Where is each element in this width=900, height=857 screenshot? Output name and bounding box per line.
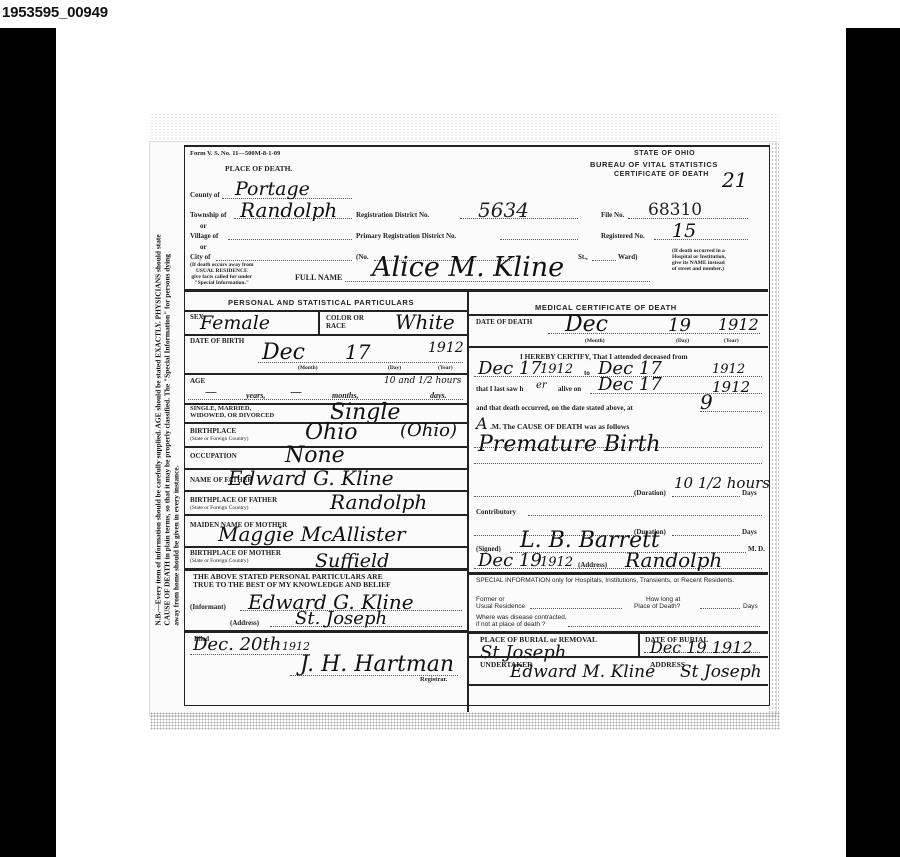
rule bbox=[469, 656, 768, 658]
ward-line bbox=[592, 260, 616, 261]
registrar-signature[interactable]: J. H. Hartman bbox=[300, 652, 454, 677]
how-long-line bbox=[700, 608, 740, 609]
state-label: STATE OF OHIO bbox=[634, 150, 695, 157]
cause-line-2 bbox=[474, 463, 762, 464]
rule bbox=[638, 632, 640, 656]
rule bbox=[185, 373, 467, 375]
cause-value[interactable]: Premature Birth bbox=[478, 432, 661, 457]
rule bbox=[185, 630, 467, 633]
contracted-line bbox=[568, 626, 760, 627]
county-value[interactable]: Portage bbox=[235, 178, 310, 200]
age-years[interactable]: — bbox=[205, 385, 217, 399]
birthplace-value[interactable]: Ohio bbox=[305, 420, 358, 445]
age-months[interactable]: — bbox=[290, 385, 302, 399]
race-value[interactable]: White bbox=[395, 310, 455, 334]
days-label-2: Days bbox=[742, 529, 757, 535]
occupation-value[interactable]: None bbox=[285, 443, 345, 468]
birthplace-label: BIRTHPLACE bbox=[190, 427, 236, 435]
alive-on-label: alive on bbox=[558, 386, 581, 392]
ward-label: Ward) bbox=[618, 253, 637, 261]
attended-from[interactable]: Dec 17 bbox=[478, 358, 542, 379]
undertaker-value[interactable]: Edward M. Kline bbox=[510, 662, 655, 682]
days-caption: days. bbox=[430, 393, 447, 399]
scan-border-right bbox=[846, 28, 900, 857]
father-birthplace-label: BIRTHPLACE OF FATHER bbox=[190, 496, 277, 504]
father-value[interactable]: Edward G. Kline bbox=[228, 466, 394, 490]
rule bbox=[185, 334, 467, 336]
rule bbox=[185, 568, 467, 571]
how-long-label: How long at Place of Death? bbox=[634, 596, 680, 610]
physician-address[interactable]: Randolph bbox=[625, 548, 722, 572]
full-name-label: FULL NAME bbox=[295, 273, 342, 282]
age-line bbox=[188, 399, 463, 400]
attended-from-year[interactable]: 1912 bbox=[540, 362, 573, 377]
residence-note: (If death occurs away from USUAL RESIDEN… bbox=[190, 262, 253, 286]
contributory-label: Contributory bbox=[476, 509, 516, 515]
days-label: Days bbox=[742, 490, 757, 496]
cause-line-3 bbox=[474, 496, 634, 497]
father-birthplace-value[interactable]: Randolph bbox=[330, 490, 427, 514]
day-caption: (Day) bbox=[388, 365, 401, 371]
reg-district-label: Registration District No. bbox=[356, 211, 429, 219]
death-time[interactable]: 9 bbox=[700, 390, 713, 414]
county-label: County of bbox=[190, 191, 220, 199]
contracted-label: Where was disease contracted, if not at … bbox=[476, 614, 567, 628]
medical-heading: MEDICAL CERTIFICATE OF DEATH bbox=[535, 303, 677, 312]
or-label-1: or bbox=[200, 223, 207, 229]
registered-no-label: Registered No. bbox=[601, 232, 645, 240]
month-caption: (Month) bbox=[298, 365, 318, 371]
rule bbox=[469, 572, 768, 575]
attended-to-year[interactable]: 1912 bbox=[712, 362, 745, 377]
months-caption: months, bbox=[332, 393, 358, 399]
column-divider bbox=[467, 292, 469, 712]
undertaker-address-value[interactable]: St Joseph bbox=[680, 662, 762, 682]
dod-year-caption: (Year) bbox=[724, 338, 739, 344]
occupation-label: OCCUPATION bbox=[190, 452, 237, 460]
or-label-2: or bbox=[200, 244, 207, 250]
dob-month[interactable]: Dec bbox=[262, 340, 305, 365]
dob-year[interactable]: 1912 bbox=[428, 340, 464, 356]
registered-no-value[interactable]: 15 bbox=[672, 220, 696, 242]
birthplace-sub: (State or Foreign Country) bbox=[190, 436, 249, 442]
bureau-label: BUREAU OF VITAL STATISTICS bbox=[590, 160, 718, 169]
file-no-label: File No. bbox=[601, 211, 624, 219]
personal-heading: PERSONAL AND STATISTICAL PARTICULARS bbox=[228, 298, 414, 307]
dod-label: DATE OF DEATH bbox=[476, 318, 532, 326]
rule bbox=[469, 631, 768, 634]
rule bbox=[185, 514, 467, 516]
rule bbox=[318, 310, 320, 334]
age-label: AGE bbox=[190, 377, 205, 385]
sex-value[interactable]: Female bbox=[200, 312, 270, 334]
full-name-value[interactable]: Alice M. Kline bbox=[372, 252, 564, 283]
mother-birthplace-sub: (State or Foreign Country) bbox=[190, 558, 249, 564]
mother-value[interactable]: Maggie McAllister bbox=[218, 522, 406, 546]
year-caption: (Year) bbox=[438, 365, 453, 371]
dod-day-caption: (Day) bbox=[676, 338, 689, 344]
address-label: (Address) bbox=[230, 620, 259, 626]
birthplace-note: (Ohio) bbox=[400, 420, 457, 441]
paper-grain-top bbox=[150, 113, 780, 143]
margin-note-text: N.B.—Every item of information should be… bbox=[154, 234, 181, 625]
registered-no-line bbox=[654, 239, 748, 240]
rule bbox=[185, 546, 467, 548]
dod-year[interactable]: 1912 bbox=[718, 315, 759, 334]
registrar-label: Registrar. bbox=[420, 677, 447, 683]
city-line bbox=[216, 260, 352, 261]
burial-date-value[interactable]: Dec 19 1912 bbox=[650, 638, 753, 657]
duration-label: (Duration) bbox=[634, 490, 666, 496]
years-caption: years, bbox=[246, 393, 265, 399]
dob-day[interactable]: 17 bbox=[345, 340, 370, 364]
age-days[interactable]: 10 and 1/2 hours bbox=[384, 376, 461, 386]
city-label: City of bbox=[190, 253, 210, 261]
primary-reg-label: Primary Registration District No. bbox=[356, 232, 456, 240]
primary-reg-line bbox=[500, 239, 578, 240]
paper-grain-bottom bbox=[150, 712, 780, 730]
mother-birthplace-label: BIRTHPLACE OF MOTHER bbox=[190, 549, 281, 557]
rule bbox=[469, 346, 768, 348]
dod-day[interactable]: 19 bbox=[668, 315, 691, 336]
certificate-title: CERTIFICATE OF DEATH bbox=[614, 171, 709, 178]
document-id: 1953595_00949 bbox=[2, 4, 108, 21]
township-label: Township of bbox=[190, 211, 227, 219]
header-divider bbox=[185, 289, 768, 292]
scan-border-left bbox=[0, 28, 56, 857]
race-label: COLOR OR RACE bbox=[326, 314, 364, 330]
village-line bbox=[228, 239, 352, 240]
dod-month-caption: (Month) bbox=[585, 338, 605, 344]
township-value[interactable]: Randolph bbox=[240, 198, 337, 222]
marital-label: SINGLE, MARRIED, WIDOWED, OR DIVORCED bbox=[190, 405, 274, 419]
md-label: M. D. bbox=[748, 546, 765, 552]
file-no-value[interactable]: 68310 bbox=[648, 200, 702, 220]
informant-label: (Informant) bbox=[190, 604, 226, 610]
dod-month[interactable]: Dec bbox=[565, 312, 608, 337]
hospital-note: (If death occurred in a Hospital or Inst… bbox=[672, 248, 726, 272]
last-saw-date[interactable]: Dec 17 bbox=[598, 374, 662, 395]
last-saw-text: that I last saw h bbox=[476, 386, 523, 392]
dob-label: DATE OF BIRTH bbox=[190, 337, 244, 345]
signed-year[interactable]: 1912 bbox=[540, 555, 573, 570]
contributory-line bbox=[528, 515, 762, 516]
form-number: Form V. S. No. 11—500M-8-1-09 bbox=[190, 151, 280, 157]
last-saw-year[interactable]: 1912 bbox=[712, 378, 750, 396]
reg-district-value[interactable]: 5634 bbox=[478, 198, 529, 222]
duration-line bbox=[672, 496, 740, 497]
attest-statement: THE ABOVE STATED PERSONAL PARTICULARS AR… bbox=[193, 573, 391, 589]
duration-line-2 bbox=[672, 535, 740, 536]
margin-instructions: N.B.—Every item of information should be… bbox=[150, 150, 184, 710]
death-occurred-text: and that death occurred, on the date sta… bbox=[476, 405, 633, 411]
special-info: SPECIAL INFORMATION only for Hospitals, … bbox=[476, 577, 761, 585]
place-of-death-heading: PLACE OF DEATH. bbox=[225, 164, 292, 173]
last-saw-pronoun[interactable]: er bbox=[536, 380, 547, 391]
am-pm[interactable]: A bbox=[476, 414, 488, 433]
street-no-label: (No. bbox=[356, 253, 369, 261]
physician-address-label: (Address) bbox=[578, 562, 607, 568]
former-residence-label: Former or Usual Residence bbox=[476, 596, 525, 610]
cause-text: .M. The CAUSE OF DEATH was as follows bbox=[490, 422, 629, 431]
to-label: to bbox=[584, 370, 590, 376]
address-value[interactable]: St. Joseph bbox=[295, 608, 387, 629]
how-long-days: Days bbox=[743, 603, 758, 610]
father-birthplace-sub: (State or Foreign Country) bbox=[190, 505, 249, 511]
street-label: St., bbox=[578, 253, 588, 261]
corner-mark: 21 bbox=[722, 168, 747, 192]
rule bbox=[469, 684, 768, 686]
filed-date[interactable]: Dec. 20th bbox=[193, 634, 281, 655]
signed-date[interactable]: Dec 19 bbox=[478, 550, 542, 571]
village-label: Village of bbox=[190, 232, 218, 240]
former-residence-line bbox=[530, 608, 622, 609]
